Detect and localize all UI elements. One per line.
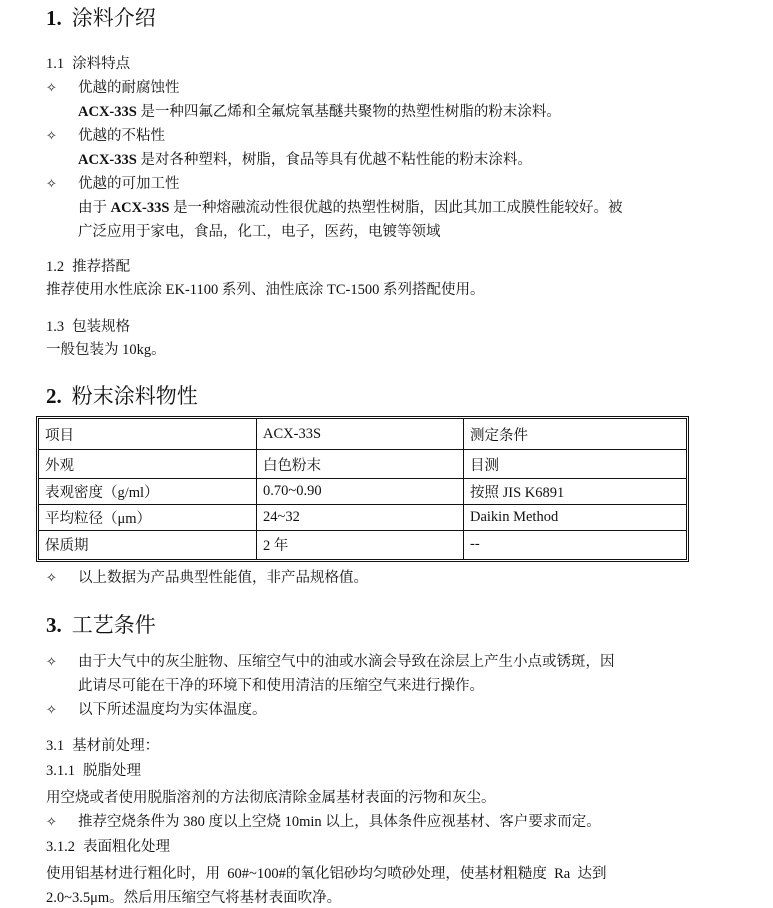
roughening-text: 使用铝基材进行粗化时，用 60#~100#的氧化铝砂均匀喷砂处理，使基材粗糙度 …: [46, 862, 606, 883]
table-cell: 平均粒径（μm）: [39, 504, 257, 530]
process-note: ✧由于大气中的灰尘脏物、压缩空气中的油或水滴会导致在涂层上产生小点或锈斑，因: [46, 650, 615, 671]
description-text: 是对各种塑料，树脂，食品等具有优越不粘性能的粉末涂料。: [137, 152, 532, 168]
diamond-bullet-icon: ✧: [46, 129, 78, 144]
feature-description: ACX-33S 是对各种塑料，树脂，食品等具有优越不粘性能的粉末涂料。: [78, 148, 532, 169]
feature-description: 由于 ACX-33S 是一种熔融流动性很优越的热塑性树脂，因此其加工成膜性能较好…: [78, 196, 623, 217]
feature-item: ✧优越的可加工性: [46, 172, 180, 193]
feature-description: ACX-33S 是一种四氟乙烯和全氟烷氧基醚共聚物的热塑性树脂的粉末涂料。: [78, 100, 561, 121]
table-header-cell: 项目: [39, 419, 257, 450]
subsection-number: 3.1: [46, 738, 64, 754]
section-title: 工艺条件: [72, 613, 156, 637]
section-number: 1.: [46, 6, 62, 30]
note-text: 以下所述温度均为实体温度。: [78, 702, 267, 718]
description-text: 是一种四氟乙烯和全氟烷氧基醚共聚物的热塑性树脂的粉末涂料。: [137, 104, 561, 120]
table-row: 表观密度（g/ml） 0.70~0.90 按照 JIS K6891: [39, 479, 686, 505]
process-note: ✧以下所述温度均为实体温度。: [46, 698, 267, 719]
subsection-title: 涂料特点: [72, 56, 130, 72]
subsection-title: 推荐搭配: [72, 259, 130, 275]
subsection-number: 3.1.2: [46, 839, 75, 855]
section-3-heading: 3.工艺条件: [46, 609, 156, 639]
diamond-bullet-icon: ✧: [46, 81, 78, 96]
subsection-1-1-heading: 1.1涂料特点: [46, 52, 130, 73]
table-header-cell: ACX-33S: [257, 419, 464, 450]
table-cell: Daikin Method: [464, 504, 687, 530]
subsection-title: 包装规格: [72, 319, 130, 335]
subsection-number: 3.1.1: [46, 763, 75, 779]
section-title: 粉末涂料物性: [72, 384, 198, 408]
diamond-bullet-icon: ✧: [46, 815, 78, 830]
table-row: 外观 白色粉末 目测: [39, 450, 686, 479]
feature-item: ✧优越的耐腐蚀性: [46, 76, 180, 97]
note-text: 推荐空烧条件为 380 度以上空烧 10min 以上，具体条件应视基材、客户要求…: [78, 814, 601, 830]
table-cell: 保质期: [39, 530, 257, 559]
description-text: 是一种熔融流动性很优越的热塑性树脂，因此其加工成膜性能较好。被: [169, 200, 622, 216]
recommendation-text: 推荐使用水性底涂 EK-1100 系列、油性底涂 TC-1500 系列搭配使用。: [46, 278, 484, 299]
feature-label: 优越的可加工性: [78, 176, 180, 192]
feature-label: 优越的不粘性: [78, 128, 165, 144]
subsection-number: 1.3: [46, 319, 64, 335]
subsection-number: 1.1: [46, 56, 64, 72]
properties-table: 项目 ACX-33S 测定条件 外观 白色粉末 目测 表观密度（g/ml） 0.…: [36, 416, 689, 562]
subsection-3-1-heading: 3.1基材前处理：: [46, 734, 159, 755]
section-number: 3.: [46, 613, 62, 637]
subsection-title: 基材前处理：: [72, 738, 159, 754]
subsection-number: 1.2: [46, 259, 64, 275]
feature-label: 优越的耐腐蚀性: [78, 80, 180, 96]
feature-item: ✧优越的不粘性: [46, 124, 165, 145]
table-cell: --: [464, 530, 687, 559]
note-text: 由于大气中的灰尘脏物、压缩空气中的油或水滴会导致在涂层上产生小点或锈斑，因: [78, 654, 615, 670]
packaging-text: 一般包装为 10kg。: [46, 338, 166, 359]
section-2-heading: 2.粉末涂料物性: [46, 380, 198, 410]
table-cell: 24~32: [257, 504, 464, 530]
section-1-heading: 1.涂料介绍: [46, 2, 156, 32]
process-note-line2: 此请尽可能在干净的环境下和使用清洁的压缩空气来进行操作。: [78, 674, 484, 695]
subsection-1-3-heading: 1.3包装规格: [46, 315, 130, 336]
diamond-bullet-icon: ✧: [46, 703, 78, 718]
degreasing-note: ✧推荐空烧条件为 380 度以上空烧 10min 以上，具体条件应视基材、客户要…: [46, 810, 601, 831]
feature-description-line2: 广泛应用于家电，食品，化工，电子，医药，电镀等领域: [78, 220, 441, 241]
roughening-text-line2: 2.0~3.5μm。然后用压缩空气将基材表面吹净。: [46, 886, 341, 907]
diamond-bullet-icon: ✧: [46, 177, 78, 192]
subsection-title: 表面粗化处理: [83, 839, 170, 855]
table-row: 保质期 2 年 --: [39, 530, 686, 559]
table-row: 平均粒径（μm） 24~32 Daikin Method: [39, 504, 686, 530]
subsection-3-1-1-heading: 3.1.1脱脂处理: [46, 759, 141, 780]
degreasing-text: 用空烧或者使用脱脂溶剂的方法彻底清除金属基材表面的污物和灰尘。: [46, 786, 496, 807]
diamond-bullet-icon: ✧: [46, 655, 78, 670]
table-cell: 外观: [39, 450, 257, 479]
table-header-cell: 测定条件: [464, 419, 687, 450]
diamond-bullet-icon: ✧: [46, 571, 78, 586]
subsection-3-1-2-heading: 3.1.2表面粗化处理: [46, 835, 170, 856]
description-text: 由于: [78, 200, 111, 216]
section-title: 涂料介绍: [72, 6, 156, 30]
section-number: 2.: [46, 384, 62, 408]
product-name: ACX-33S: [78, 152, 137, 168]
table-cell: 0.70~0.90: [257, 479, 464, 505]
subsection-1-2-heading: 1.2推荐搭配: [46, 255, 130, 276]
table-cell: 表观密度（g/ml）: [39, 479, 257, 505]
table-header-row: 项目 ACX-33S 测定条件: [39, 419, 686, 450]
product-name: ACX-33S: [111, 200, 170, 216]
table-cell: 按照 JIS K6891: [464, 479, 687, 505]
table-note: ✧以上数据为产品典型性能值，非产品规格值。: [46, 566, 368, 587]
note-text: 以上数据为产品典型性能值，非产品规格值。: [78, 570, 368, 586]
table-cell: 白色粉末: [257, 450, 464, 479]
product-name: ACX-33S: [78, 104, 137, 120]
table-cell: 2 年: [257, 530, 464, 559]
table-cell: 目测: [464, 450, 687, 479]
subsection-title: 脱脂处理: [83, 763, 141, 779]
